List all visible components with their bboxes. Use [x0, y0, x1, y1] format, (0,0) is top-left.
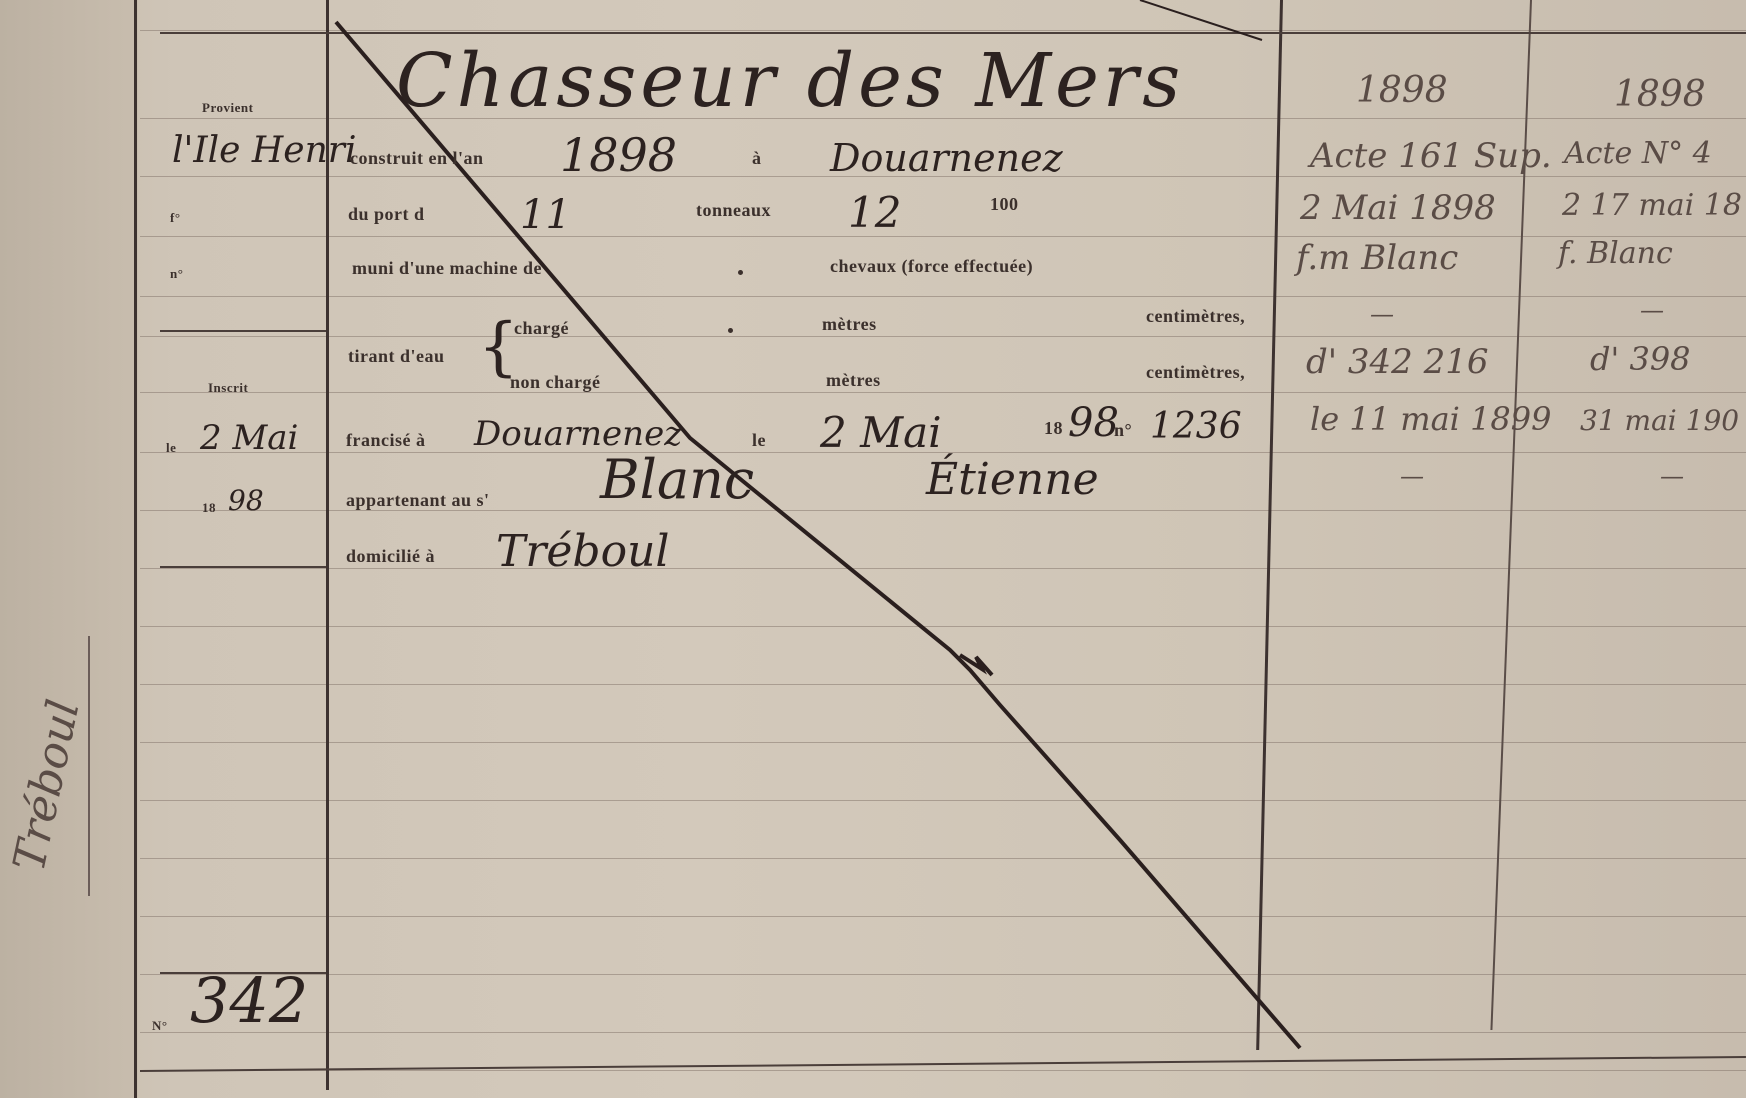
francise-year-prefix: 18 [1044, 418, 1063, 439]
domicile-label: domicilié à [346, 546, 435, 567]
owner-label: appartenant au s' [346, 490, 490, 511]
draft-label: tirant d'eau [348, 346, 445, 367]
rc1-line2: 2 Mai 1898 [1300, 188, 1496, 228]
built-year: 1898 [560, 128, 677, 182]
rc1-dash1: — [1370, 300, 1394, 328]
centimetres-label-2: centimètres, [1146, 362, 1245, 383]
horse-label: chevaux (force effectuée) [830, 256, 1033, 277]
rc2-line4: d' 398 [1590, 340, 1691, 378]
inscrit-year-prefix: 18 [202, 500, 216, 516]
rc1-dash2: — [1400, 462, 1424, 490]
rc2-line5: 31 mai 190 [1580, 404, 1739, 437]
label-provient: Provient [202, 100, 253, 116]
rc2-year: 1898 [1614, 74, 1706, 115]
owner-firstname: Étienne [926, 454, 1099, 505]
rc1-line1: Acte 161 Sup. [1310, 136, 1552, 176]
loaded-label: chargé [514, 318, 569, 339]
rc2-dash1: — [1640, 296, 1664, 324]
bullet [728, 328, 733, 333]
port-value: 11 [520, 192, 571, 238]
francise-label: francisé à [346, 430, 425, 451]
rc2-dash2: — [1660, 462, 1684, 490]
port-label: du port d [348, 204, 425, 225]
register-page: Provient l'Ile Henri f° n° Inscrit le 2 … [0, 0, 1746, 1098]
rc1-line4: d' 342 216 [1306, 342, 1489, 382]
label-inscrit: Inscrit [208, 380, 248, 396]
margin-mark [88, 636, 90, 896]
owner-name: Blanc [600, 448, 754, 511]
rc1-line5: le 11 mai 1899 [1310, 400, 1552, 438]
inscrit-le: le [166, 440, 176, 456]
built-place: Douarnenez [830, 136, 1063, 180]
rc2-line3: f. Blanc [1558, 236, 1673, 271]
label-f: f° [170, 210, 181, 226]
inscrit-date: 2 Mai [200, 418, 298, 458]
centimetres-label-1: centimètres, [1146, 306, 1245, 327]
register-number: 342 [190, 964, 308, 1037]
metres-label-1: mètres [822, 314, 877, 335]
rc2-line2: 2 17 mai 18 [1562, 188, 1742, 223]
unloaded-label: non chargé [510, 372, 601, 393]
bullet [738, 270, 743, 275]
rc1-line3: f.m Blanc [1296, 238, 1458, 278]
francise-n: n° [1114, 420, 1132, 441]
francise-date: 2 Mai [820, 408, 942, 457]
ship-name: Chasseur des Mers [396, 38, 1184, 124]
tonnage-fraction: 100 [990, 194, 1019, 215]
rc1-year: 1898 [1356, 70, 1448, 111]
domicile-place: Tréboul [496, 526, 670, 577]
francise-year: 98 [1068, 400, 1119, 446]
tonnage-label: tonneaux [696, 200, 771, 221]
metres-label-2: mètres [826, 370, 881, 391]
number-prefix: N° [152, 1018, 168, 1034]
francise-number: 1236 [1150, 406, 1242, 447]
proprietor-hand: l'Ile Henri [172, 130, 357, 171]
at-label: à [752, 148, 762, 169]
tonnage-value: 12 [848, 188, 901, 237]
engine-label: muni d'une machine de [352, 258, 542, 279]
label-n: n° [170, 266, 183, 282]
inscrit-year: 98 [228, 484, 264, 517]
built-label: construit en l'an [350, 148, 484, 169]
rc2-line1: Acte N° 4 [1564, 136, 1712, 171]
